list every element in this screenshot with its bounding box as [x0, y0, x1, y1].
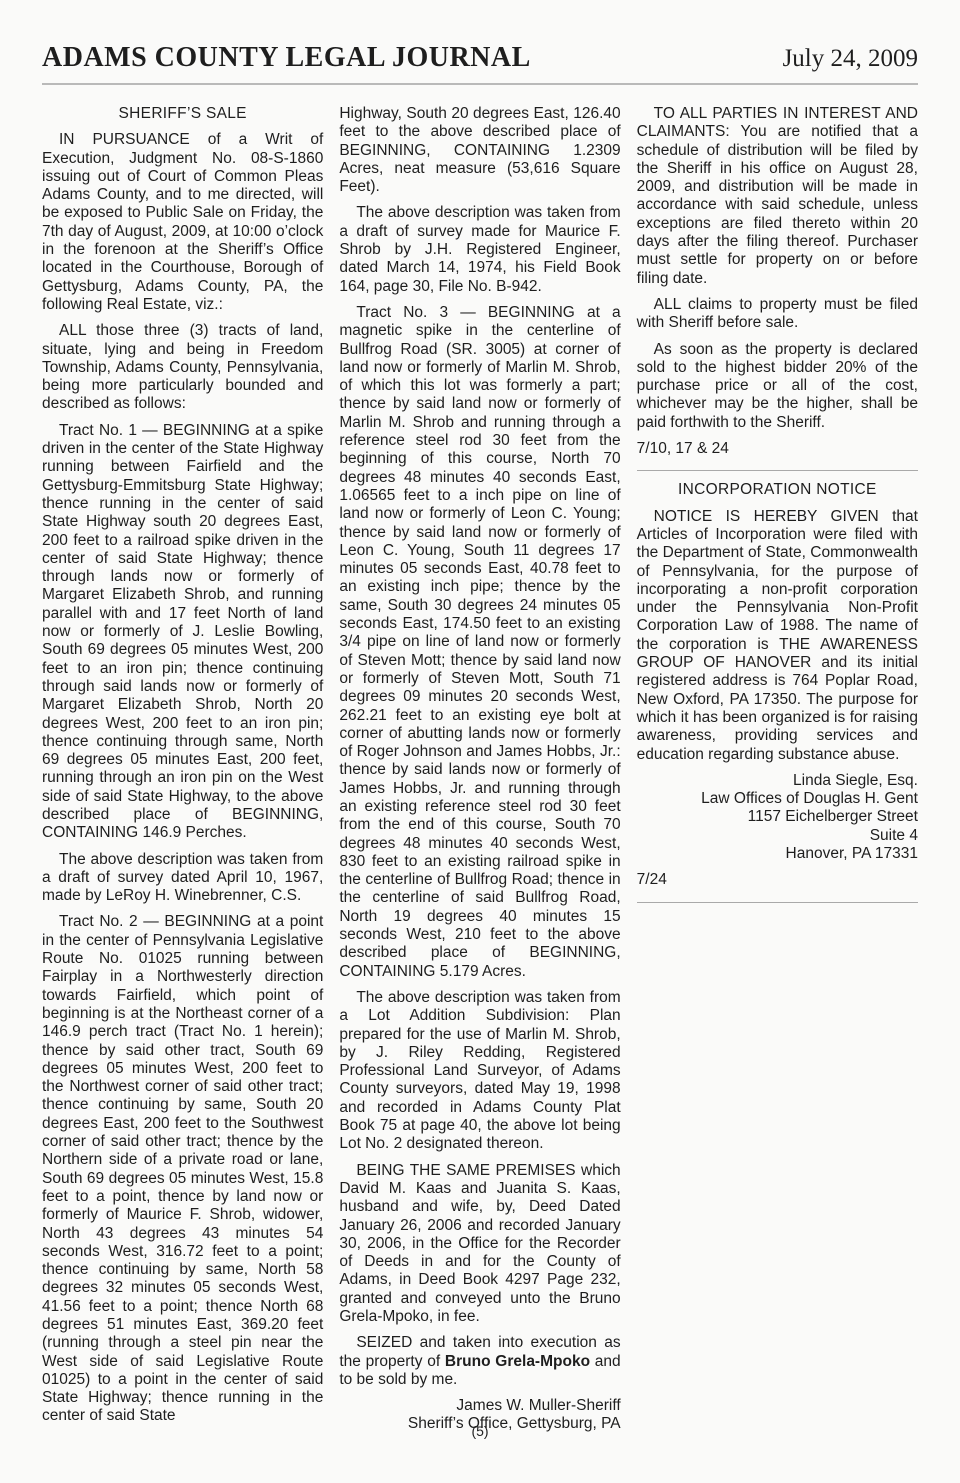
defendant-name-bold: Bruno Grela-Mpoko [445, 1353, 590, 1370]
section-divider [637, 470, 918, 471]
signature-line: James W. Muller-Sheriff [339, 1397, 620, 1415]
notice-paragraph: IN PURSUANCE of a Writ of Execution, Jud… [42, 131, 323, 314]
notice-paragraph: Tract No. 2 — BEGINNING at a point in th… [42, 913, 323, 1425]
notice-paragraph: Tract No. 3 — BEGINNING at a magnetic sp… [339, 304, 620, 981]
notice-paragraph: The above description was taken from a d… [339, 204, 620, 295]
publication-dates: 7/10, 17 & 24 [637, 440, 918, 458]
attorney-line: Law Offices of Douglas H. Gent [637, 790, 918, 808]
notice-paragraph: The above description was taken from a d… [42, 851, 323, 906]
journal-title: ADAMS COUNTY LEGAL JOURNAL [42, 42, 531, 74]
column-2: Highway, South 20 degrees East, 126.40 f… [339, 105, 620, 1434]
content-columns: SHERIFF’S SALEIN PURSUANCE of a Writ of … [42, 105, 918, 1434]
notice-paragraph: SEIZED and taken into execution as the p… [339, 1334, 620, 1389]
notice-paragraph: As soon as the property is declared sold… [637, 341, 918, 432]
incorporation-notice-heading: INCORPORATION NOTICE [637, 481, 918, 499]
notice-paragraph: BEING THE SAME PREMISES which David M. K… [339, 1162, 620, 1327]
attorney-line: Hanover, PA 17331 [637, 845, 918, 863]
notice-paragraph: Highway, South 20 degrees East, 126.40 f… [339, 105, 620, 196]
notice-paragraph: The above description was taken from a L… [339, 989, 620, 1154]
attorney-line: 1157 Eichelberger Street [637, 808, 918, 826]
journal-page: ADAMS COUNTY LEGAL JOURNAL July 24, 2009… [0, 0, 960, 1483]
sheriffs-sale-heading: SHERIFF’S SALE [42, 105, 323, 123]
masthead: ADAMS COUNTY LEGAL JOURNAL July 24, 2009 [42, 42, 918, 74]
notice-paragraph: Tract No. 1 — BEGINNING at a spike drive… [42, 422, 323, 843]
masthead-divider [42, 83, 918, 85]
notice-paragraph: ALL claims to property must be filed wit… [637, 296, 918, 333]
notice-paragraph: NOTICE IS HEREBY GIVEN that Articles of … [637, 508, 918, 764]
notice-paragraph: TO ALL PARTIES IN INTEREST AND CLAIMANTS… [637, 105, 918, 288]
column-1: SHERIFF’S SALEIN PURSUANCE of a Writ of … [42, 105, 323, 1434]
notice-paragraph: ALL those three (3) tracts of land, situ… [42, 322, 323, 413]
publication-dates: 7/24 [637, 871, 918, 889]
section-divider [637, 902, 918, 903]
attorney-line: Linda Siegle, Esq. [637, 772, 918, 790]
attorney-line: Suite 4 [637, 827, 918, 845]
issue-date: July 24, 2009 [783, 45, 918, 73]
page-number: (5) [0, 1423, 960, 1439]
column-3: TO ALL PARTIES IN INTEREST AND CLAIMANTS… [637, 105, 918, 1434]
